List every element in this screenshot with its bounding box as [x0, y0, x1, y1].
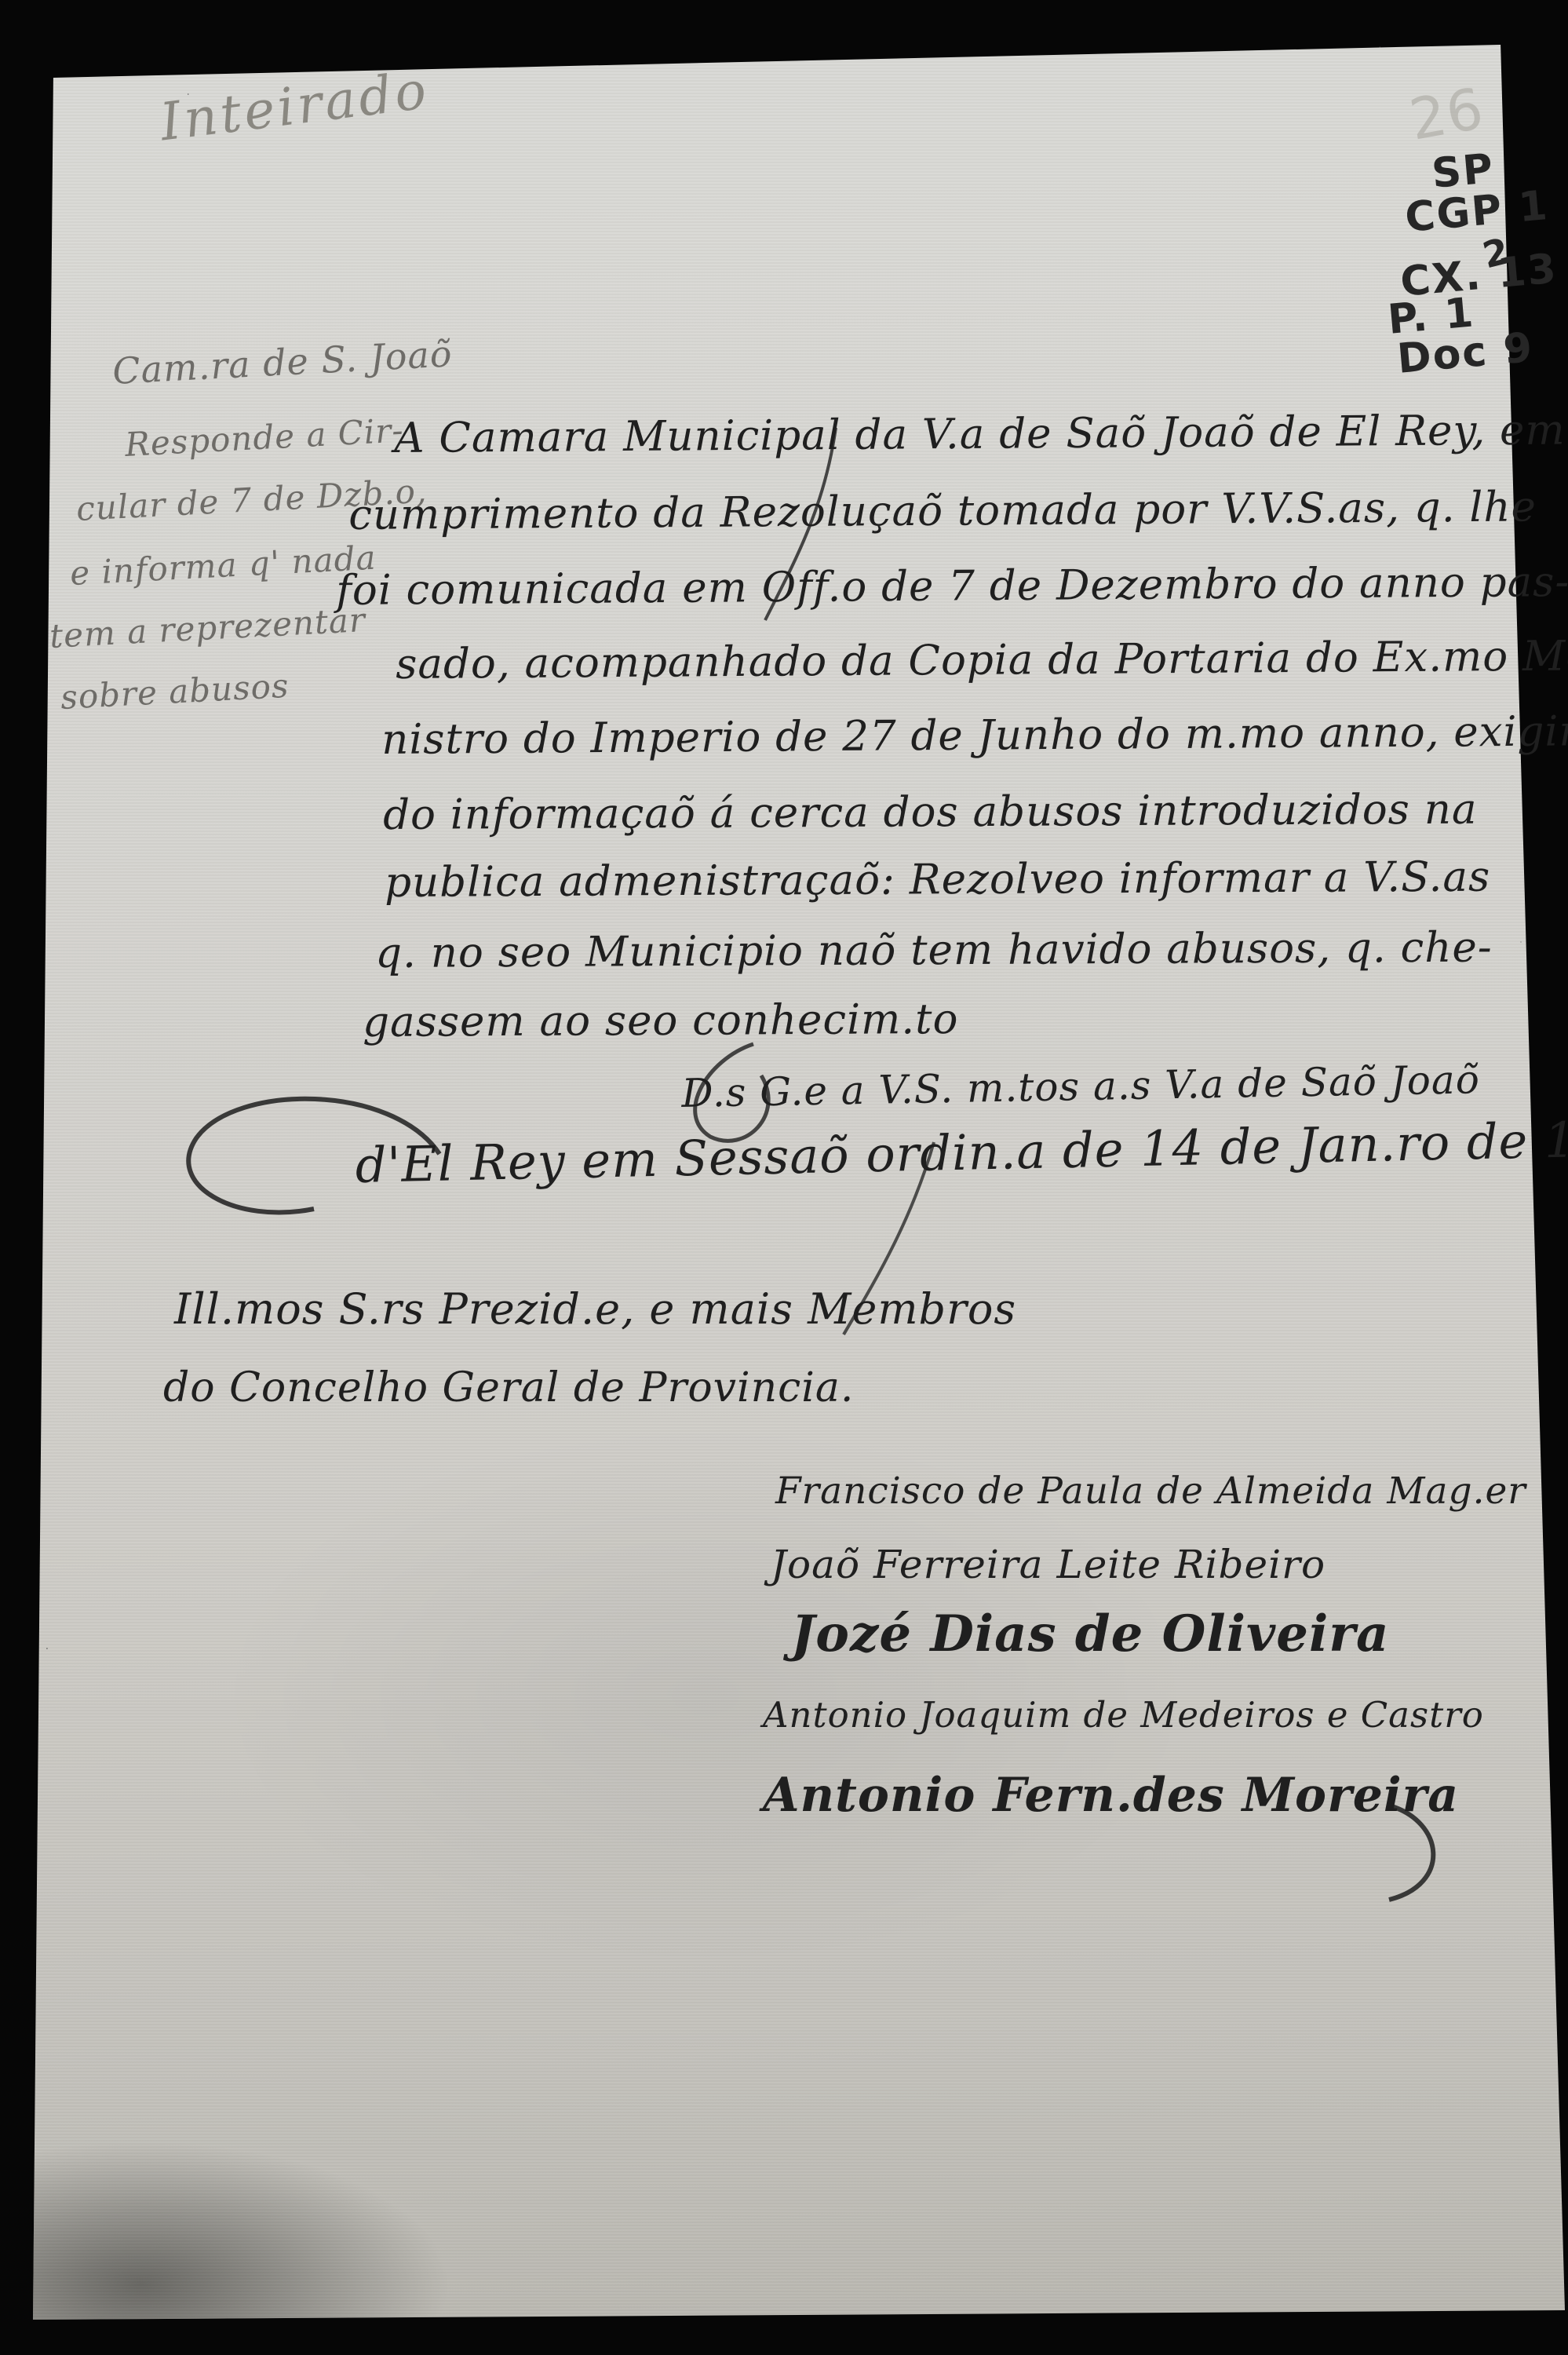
- signature: Joaõ Ferreira Leite Ribeiro: [771, 1542, 1326, 1587]
- body-line: sado, acompanhado da Copia da Portaria d…: [396, 632, 1568, 688]
- body-line: gassem ao seo conhecim.to: [363, 995, 959, 1046]
- signature: Antonio Fern.des Moreira: [763, 1768, 1459, 1823]
- archival-folio-number: 26: [1405, 75, 1489, 153]
- signature: Antonio Joaquim de Medeiros e Castro: [763, 1694, 1484, 1736]
- body-line: nistro do Imperio de 27 de Junho do m.mo…: [381, 707, 1568, 764]
- signature: Jozé Dias de Oliveira: [791, 1605, 1389, 1663]
- addressee-line: do Concelho Geral de Provincia.: [163, 1364, 854, 1411]
- body-line: q. no seo Municipio naõ tem havido abuso…: [375, 924, 1493, 977]
- body-line: cumprimento da Rezoluçaõ tomada por V.V.…: [348, 483, 1537, 539]
- signature: Francisco de Paula de Almeida Mag.er: [775, 1470, 1526, 1513]
- body-line: foi comunicada em Off.o de 7 de Dezembro…: [336, 558, 1568, 615]
- photo-backdrop: Inteirado 26 SP CGP 1 2 CX. 13 P. 1 Doc …: [0, 0, 1568, 2355]
- body-line: A Camara Municipal da V.a de Saõ Joaõ de…: [394, 407, 1566, 462]
- addressee-line: Ill.mos S.rs Prezid.e, e mais Membros: [174, 1284, 1016, 1334]
- body-line: publica admenistraçaõ: Rezolveo informar…: [385, 853, 1490, 907]
- body-line: do informaçaõ á cerca dos abusos introdu…: [383, 786, 1478, 839]
